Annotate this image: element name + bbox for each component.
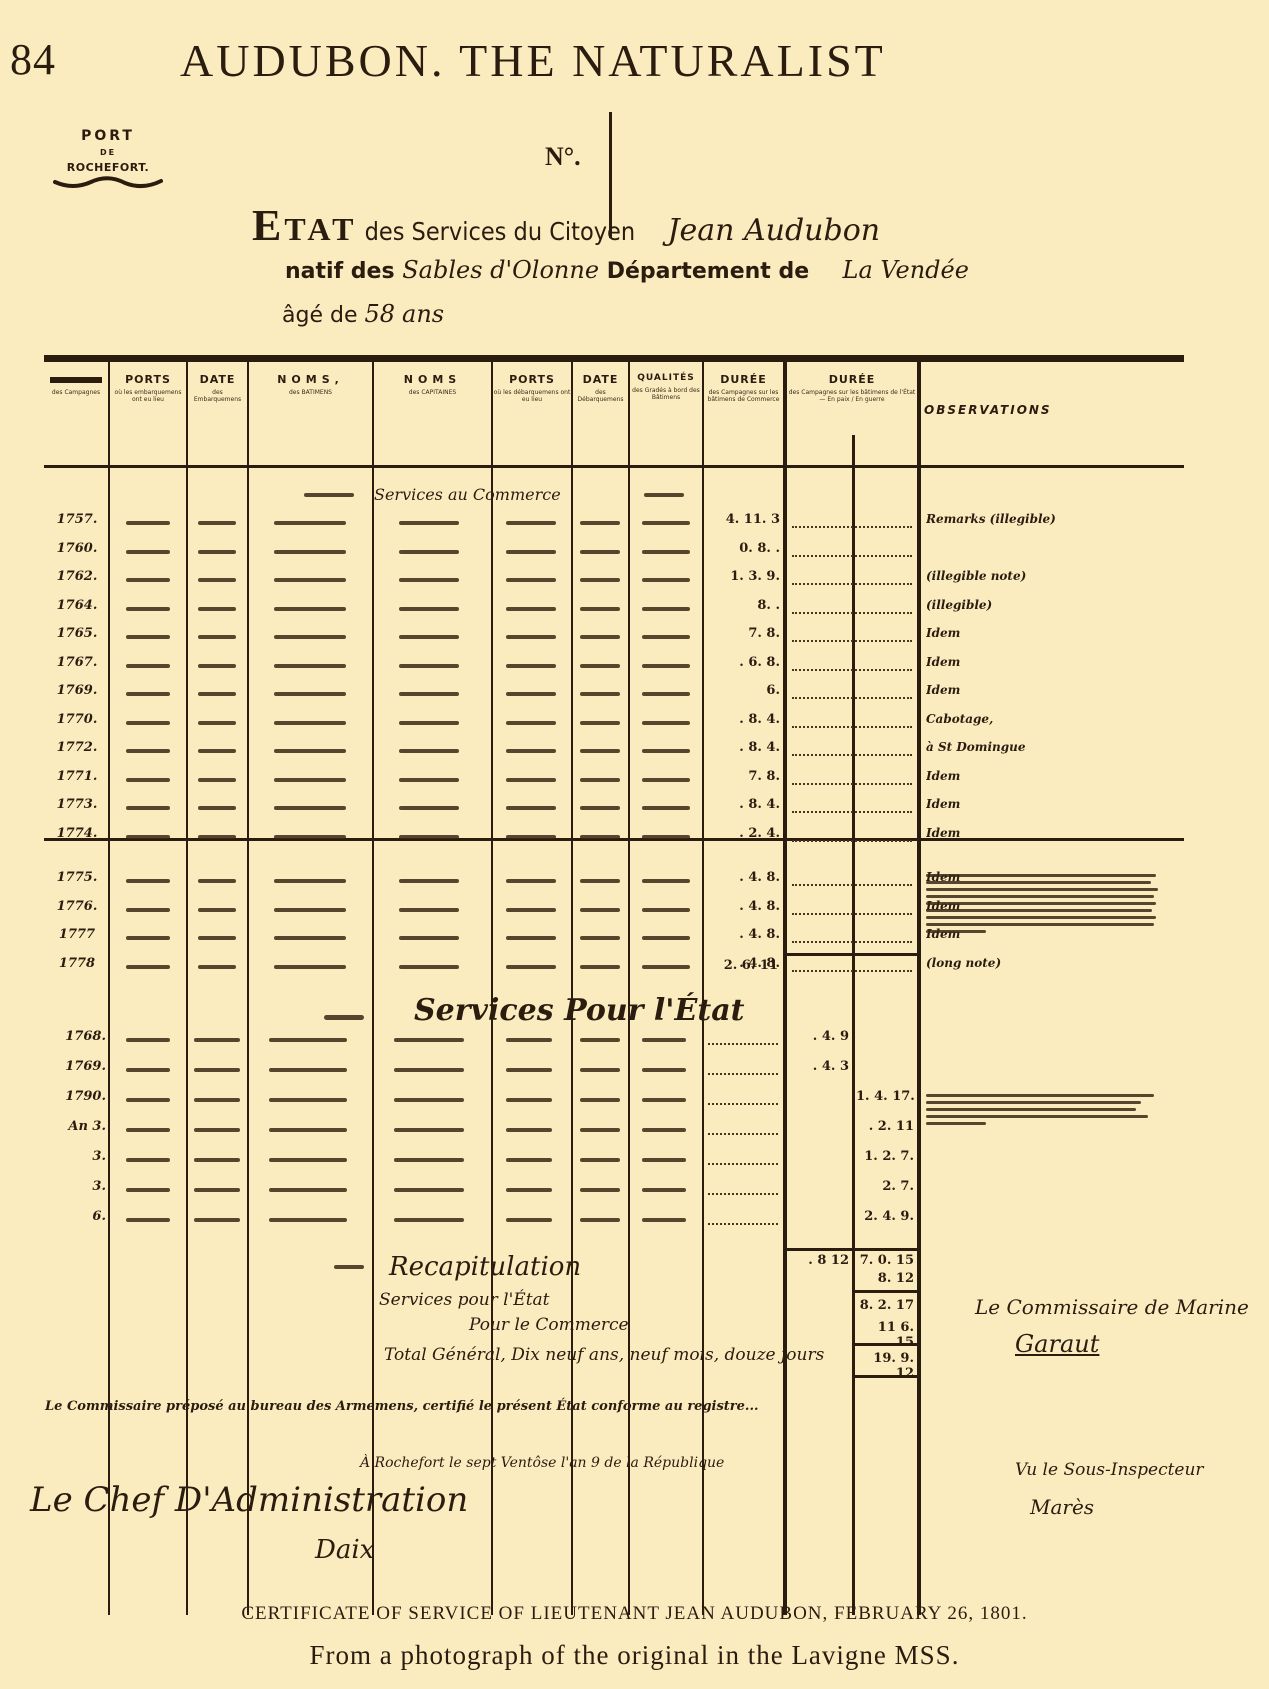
age-label: âgé de (282, 303, 357, 328)
handwriting-mark (194, 1188, 240, 1192)
col-header-date-embarquement: DATEdes Embarquemens (188, 373, 247, 404)
handwriting-mark (198, 692, 236, 696)
handwriting-mark (274, 550, 346, 554)
handwriting-mark (126, 1098, 170, 1102)
flourish-icon (53, 176, 163, 190)
handwriting-mark (580, 749, 620, 753)
handwriting-mark (580, 521, 620, 525)
table-row: 6.2. 4. 9. (44, 1207, 1184, 1233)
handwriting-mark (506, 664, 556, 668)
dotted-leader (792, 583, 912, 585)
observation-cell: Cabotage, (926, 712, 1176, 726)
handwriting-mark (198, 879, 236, 883)
handwriting-mark (269, 1098, 347, 1102)
handwriting-mark (580, 965, 620, 969)
handwriting-mark (642, 965, 690, 969)
native-place: Sables d'Olonne (402, 256, 599, 284)
handwriting-mark (399, 692, 459, 696)
handwriting-mark (506, 879, 556, 883)
handwriting-mark (506, 1128, 552, 1132)
handwriting-mark (506, 521, 556, 525)
dotted-leader (792, 640, 912, 642)
dotted-leader (792, 669, 912, 671)
recap-peace-total: . 8 12 (789, 1253, 849, 1268)
handwriting-mark (126, 578, 170, 582)
handwriting-mark (198, 578, 236, 582)
war-duration-cell: 1. 2. 7. (856, 1149, 914, 1164)
year-cell: 1764. (48, 598, 106, 613)
col-header-ports-debarquement: PORTSoù les débarquemens ont eu lieu (493, 373, 571, 404)
war-duration-cell: 2. 7. (856, 1179, 914, 1194)
col-header-noms-batimens: NOMS,des BATIMENS (249, 373, 372, 396)
handwriting-mark (198, 721, 236, 725)
observation-cell: Idem (926, 655, 1176, 669)
col-header-annees: des Campagnes (44, 373, 108, 396)
handwriting-mark (269, 1038, 347, 1042)
dotted-leader (792, 726, 912, 728)
recap-state-total: 8. 2. 17 (856, 1298, 914, 1313)
year-cell: 1777 (48, 927, 106, 942)
table-row: 1760.0. 8. . (44, 539, 1184, 565)
handwriting-mark (126, 1218, 170, 1222)
table-row: 1768.. 4. 9 (44, 1027, 1184, 1053)
etat-rest: TAT (284, 211, 357, 247)
section-state-label: Services Pour l'État (414, 993, 745, 1028)
handwriting-mark (506, 1038, 552, 1042)
dash-mark (324, 1015, 364, 1020)
handwriting-mark (506, 835, 556, 839)
duration-cell: 7. 8. (706, 769, 780, 784)
handwriting-mark (580, 1068, 620, 1072)
rochefort-line: ROCHEFORT. (48, 161, 168, 174)
peace-duration-cell: . 4. 3 (789, 1059, 849, 1074)
subtotal-rule (783, 953, 917, 956)
year-cell: 1776. (48, 899, 106, 914)
year-cell: 1765. (48, 626, 106, 641)
dotted-leader (708, 1223, 778, 1225)
handwriting-mark (399, 550, 459, 554)
handwriting-mark (506, 908, 556, 912)
dotted-leader (708, 1133, 778, 1135)
handwriting-mark (642, 1158, 686, 1162)
handwriting-mark (580, 879, 620, 883)
handwriting-mark (580, 1098, 620, 1102)
dash-mark (304, 493, 354, 497)
recap-box-rule (854, 1290, 917, 1293)
handwriting-mark (126, 635, 170, 639)
handwriting-mark (126, 721, 170, 725)
year-cell: 1768. (48, 1029, 106, 1044)
observation-cell: Idem (926, 683, 1176, 697)
handwriting-mark (198, 965, 236, 969)
handwriting-mark (394, 1218, 464, 1222)
handwriting-mark (642, 692, 690, 696)
caption-line-1: CERTIFICATE OF SERVICE OF LIEUTENANT JEA… (0, 1603, 1269, 1625)
duration-cell: 0. 8. . (706, 541, 780, 556)
duration-cell: 4. 11. 3 (706, 512, 780, 527)
col-header-duree-etat: DURÉEdes Campagnes sur les bâtimens de l… (787, 373, 917, 404)
dotted-leader (708, 1103, 778, 1105)
recap-war-total-1: 7. 0. 15 (856, 1253, 914, 1268)
handwriting-mark (274, 692, 346, 696)
handwriting-mark (642, 1188, 686, 1192)
handwriting-mark (580, 664, 620, 668)
handwriting-mark (126, 607, 170, 611)
year-cell: 1770. (48, 712, 106, 727)
age-line: âgé de 58 ans (282, 300, 444, 328)
handwriting-mark (126, 778, 170, 782)
observation-cell: Idem (926, 797, 1176, 811)
handwriting-mark (126, 835, 170, 839)
table-row: 3.2. 7. (44, 1177, 1184, 1203)
section-commerce-label: Services au Commerce (374, 485, 561, 504)
citizen-name: Jean Audubon (667, 213, 880, 248)
year-cell: 1773. (48, 797, 106, 812)
handwriting-mark (506, 635, 556, 639)
duration-cell: 7. 8. (706, 626, 780, 641)
vu-label: Vu le Sous-Inspecteur (1015, 1460, 1204, 1480)
handwriting-mark (580, 936, 620, 940)
handwriting-mark (394, 1098, 464, 1102)
handwriting-mark (274, 806, 346, 810)
table-row: 1767.. 6. 8.Idem (44, 653, 1184, 679)
handwriting-mark (580, 908, 620, 912)
handwriting-mark (506, 749, 556, 753)
handwriting-mark (269, 1218, 347, 1222)
duration-cell: . 8. 4. (706, 712, 780, 727)
dash-mark (334, 1265, 364, 1269)
handwriting-mark (269, 1128, 347, 1132)
dotted-leader (792, 811, 912, 813)
dotted-leader (708, 1043, 778, 1045)
handwriting-mark (198, 550, 236, 554)
table-row: 1774.. 2. 4.Idem (44, 824, 1184, 850)
chief-signature: Daix (315, 1535, 374, 1565)
handwriting-mark (506, 1158, 552, 1162)
handwriting-mark (642, 879, 690, 883)
handwriting-mark (580, 1218, 620, 1222)
observation-cell: (illegible note) (926, 569, 1176, 583)
table-row: 1770.. 8. 4.Cabotage, (44, 710, 1184, 736)
handwriting-mark (274, 879, 346, 883)
handwriting-mark (394, 1068, 464, 1072)
handwriting-mark (274, 635, 346, 639)
etat-initial: E (252, 201, 284, 250)
etat-heading: ETAT des Services du Citoyen Jean Audubo… (252, 200, 880, 251)
year-cell: 1769. (48, 683, 106, 698)
year-cell: 1757. (48, 512, 106, 527)
dotted-leader (792, 612, 912, 614)
handwriting-mark (194, 1098, 240, 1102)
handwriting-mark (399, 521, 459, 525)
year-cell: 6. (48, 1209, 106, 1224)
handwriting-mark (642, 635, 690, 639)
war-duration-cell: 2. 4. 9. (856, 1209, 914, 1224)
col-header-date-debarquement: DATEdes Débarquemens (573, 373, 628, 404)
handwriting-mark (642, 578, 690, 582)
handwriting-mark (399, 607, 459, 611)
handwriting-mark (394, 1128, 464, 1132)
dotted-leader (792, 783, 912, 785)
year-cell: 1772. (48, 740, 106, 755)
war-duration-cell: . 2. 11 (856, 1119, 914, 1134)
duration-cell: . 4. 8. (706, 870, 780, 885)
duration-cell: . 2. 4. (706, 826, 780, 841)
observation-cell: Idem (926, 826, 1176, 840)
handwriting-mark (506, 721, 556, 725)
handwriting-mark (642, 521, 690, 525)
handwriting-mark (126, 1038, 170, 1042)
observation-cell: (illegible) (926, 598, 1176, 612)
handwriting-mark (126, 1068, 170, 1072)
handwriting-mark (399, 806, 459, 810)
handwriting-mark (269, 1188, 347, 1192)
handwriting-mark (506, 965, 556, 969)
handwriting-mark (126, 936, 170, 940)
commissaire-title: Le Commissaire de Marine (975, 1295, 1249, 1319)
table-row: 1778. 4. 8.(long note) (44, 954, 1184, 980)
table-row: 1762.1. 3. 9.(illegible note) (44, 567, 1184, 593)
place-date: À Rochefort le sept Ventôse l'an 9 de la… (360, 1455, 724, 1471)
year-cell: 1771. (48, 769, 106, 784)
handwriting-mark (580, 721, 620, 725)
dotted-leader (792, 840, 912, 842)
handwriting-mark (198, 635, 236, 639)
recap-box-rule (854, 1343, 917, 1346)
dotted-leader (792, 754, 912, 756)
table-row: 1765.7. 8.Idem (44, 624, 1184, 650)
handwriting-mark (274, 664, 346, 668)
handwriting-mark (642, 749, 690, 753)
handwriting-mark (399, 578, 459, 582)
dotted-leader (792, 913, 912, 915)
year-cell: 1760. (48, 541, 106, 556)
handwriting-mark (642, 806, 690, 810)
year-cell: 1767. (48, 655, 106, 670)
handwriting-mark (194, 1128, 240, 1132)
department-value: La Vendée (843, 256, 969, 284)
handwriting-mark (642, 1218, 686, 1222)
handwriting-mark (198, 607, 236, 611)
duration-cell: . 4. 8. (706, 927, 780, 942)
chief-title: Le Chef D'Administration (30, 1480, 468, 1520)
handwriting-mark (274, 749, 346, 753)
col-header-ports-embarquement: PORTSoù les embarquemens ont eu lieu (110, 373, 186, 404)
handwriting-mark (274, 721, 346, 725)
duration-cell: . 8. 4. (706, 797, 780, 812)
handwriting-mark (194, 1158, 240, 1162)
dotted-leader (708, 1163, 778, 1165)
dotted-leader (792, 697, 912, 699)
peace-duration-cell: . 4. 9 (789, 1029, 849, 1044)
handwriting-mark (506, 806, 556, 810)
col-header-qualites: QUALITÉSdes Gradés à bord des Bâtimens (630, 373, 702, 401)
handwriting-mark (126, 664, 170, 668)
year-cell: 3. (48, 1149, 106, 1164)
handwriting-mark (198, 521, 236, 525)
handwriting-mark (580, 778, 620, 782)
handwriting-mark (399, 908, 459, 912)
recap-box-rule (854, 1375, 917, 1378)
handwriting-mark (399, 936, 459, 940)
page-header: 84 AUDUBON. THE NATURALIST (10, 34, 1260, 94)
handwriting-mark (506, 692, 556, 696)
handwriting-mark (642, 1038, 686, 1042)
recap-title: Recapitulation (389, 1252, 581, 1282)
handwriting-mark (580, 835, 620, 839)
port-line: PORT (48, 128, 168, 144)
year-cell: 3. (48, 1179, 106, 1194)
observation-note-1 (926, 870, 1166, 937)
handwriting-mark (399, 664, 459, 668)
handwriting-mark (126, 749, 170, 753)
vu-signature: Marès (1030, 1495, 1094, 1519)
handwriting-mark (126, 1158, 170, 1162)
year-cell: 1762. (48, 569, 106, 584)
table-row: 1769.. 4. 3 (44, 1057, 1184, 1083)
age-unit: ans (402, 300, 444, 328)
handwriting-mark (580, 1158, 620, 1162)
handwriting-mark (642, 1098, 686, 1102)
handwriting-mark (126, 965, 170, 969)
handwriting-mark (126, 521, 170, 525)
handwriting-mark (198, 908, 236, 912)
handwriting-mark (580, 550, 620, 554)
war-duration-cell: 1. 4. 17. (856, 1089, 914, 1104)
native-label: natif des (285, 259, 395, 284)
form-number-label: N°. (545, 142, 581, 172)
handwriting-mark (126, 692, 170, 696)
handwriting-mark (399, 835, 459, 839)
handwriting-mark (506, 578, 556, 582)
year-cell: 1769. (48, 1059, 106, 1074)
handwriting-mark (506, 607, 556, 611)
handwriting-mark (198, 835, 236, 839)
department-label: Département de (607, 259, 809, 284)
handwriting-mark (269, 1158, 347, 1162)
handwriting-mark (274, 778, 346, 782)
handwriting-mark (399, 635, 459, 639)
port-stamp: PORT DE ROCHEFORT. (48, 128, 168, 190)
age-value: 58 (364, 300, 395, 328)
handwriting-mark (274, 578, 346, 582)
handwriting-mark (506, 778, 556, 782)
handwriting-mark (399, 778, 459, 782)
dotted-leader (792, 970, 912, 972)
duration-cell: 1. 3. 9. (706, 569, 780, 584)
handwriting-mark (642, 936, 690, 940)
page-number: 84 (10, 34, 56, 85)
handwriting-mark (399, 965, 459, 969)
duration-cell: . 4. 8. (706, 899, 780, 914)
table-row: 1764.8. .(illegible) (44, 596, 1184, 622)
handwriting-mark (580, 806, 620, 810)
handwriting-mark (126, 1188, 170, 1192)
observation-cell: Idem (926, 769, 1176, 783)
handwriting-mark (506, 1218, 552, 1222)
handwriting-mark (642, 607, 690, 611)
table-row: 1772.. 8. 4.à St Domingue (44, 738, 1184, 764)
col-header-noms-capitaines: NOMSdes CAPITAINES (374, 373, 491, 396)
dotted-leader (792, 941, 912, 943)
observation-cell: Idem (926, 626, 1176, 640)
duration-cell: 8. . (706, 598, 780, 613)
handwriting-mark (506, 1068, 552, 1072)
dotted-leader (708, 1193, 778, 1195)
handwriting-mark (642, 550, 690, 554)
handwriting-mark (394, 1188, 464, 1192)
handwriting-mark (198, 749, 236, 753)
dotted-leader (792, 526, 912, 528)
col-header-duree-commerce: DURÉEdes Campagnes sur les bâtimens de C… (704, 373, 783, 404)
handwriting-mark (580, 1128, 620, 1132)
duration-cell: . 6. 8. (706, 655, 780, 670)
handwriting-mark (580, 1038, 620, 1042)
duration-cell: 6. (706, 683, 780, 698)
handwriting-mark (274, 936, 346, 940)
handwriting-mark (580, 1188, 620, 1192)
handwriting-mark (198, 806, 236, 810)
handwriting-mark (580, 692, 620, 696)
table-row: 1757.4. 11. 3Remarks (illegible) (44, 510, 1184, 536)
observation-cell: (long note) (926, 956, 1176, 970)
dotted-leader (708, 1073, 778, 1075)
dotted-leader (792, 555, 912, 557)
handwriting-mark (274, 835, 346, 839)
running-title: AUDUBON. THE NATURALIST (180, 34, 886, 87)
observation-note-2 (926, 1090, 1166, 1129)
handwriting-mark (126, 550, 170, 554)
handwriting-mark (506, 936, 556, 940)
recap-war-total-2: 8. 12 (856, 1271, 914, 1286)
recap-state-label: Services pour l'État (379, 1290, 550, 1310)
dash-mark (644, 493, 684, 497)
service-table: des Campagnes PORTSoù les embarquemens o… (44, 355, 1184, 1625)
handwriting-mark (580, 607, 620, 611)
certification-text: Le Commissaire préposé au bureau des Arm… (45, 1398, 1225, 1417)
handwriting-mark (274, 607, 346, 611)
handwriting-mark (642, 721, 690, 725)
native-line: natif des Sables d'Olonne Département de… (285, 256, 969, 284)
handwriting-mark (399, 749, 459, 753)
recap-rule (783, 1248, 917, 1251)
handwriting-mark (394, 1038, 464, 1042)
handwriting-mark (126, 908, 170, 912)
duration-cell: . 8. 4. (706, 740, 780, 755)
handwriting-mark (642, 1068, 686, 1072)
handwriting-mark (194, 1038, 240, 1042)
handwriting-mark (126, 1128, 170, 1132)
handwriting-mark (580, 635, 620, 639)
handwriting-mark (269, 1068, 347, 1072)
handwriting-mark (394, 1158, 464, 1162)
handwriting-mark (274, 908, 346, 912)
handwriting-mark (198, 664, 236, 668)
handwriting-mark (506, 1098, 552, 1102)
handwriting-mark (399, 721, 459, 725)
handwriting-mark (126, 806, 170, 810)
handwriting-mark (274, 965, 346, 969)
handwriting-mark (642, 1128, 686, 1132)
table-row: 1769.6.Idem (44, 681, 1184, 707)
header-bottom-rule (44, 465, 1184, 468)
year-cell: 1774. (48, 826, 106, 841)
table-row: 1773.. 8. 4.Idem (44, 795, 1184, 821)
top-rule (44, 355, 1184, 362)
handwriting-mark (642, 778, 690, 782)
de-line: DE (48, 148, 168, 157)
table-row: 3.1. 2. 7. (44, 1147, 1184, 1173)
